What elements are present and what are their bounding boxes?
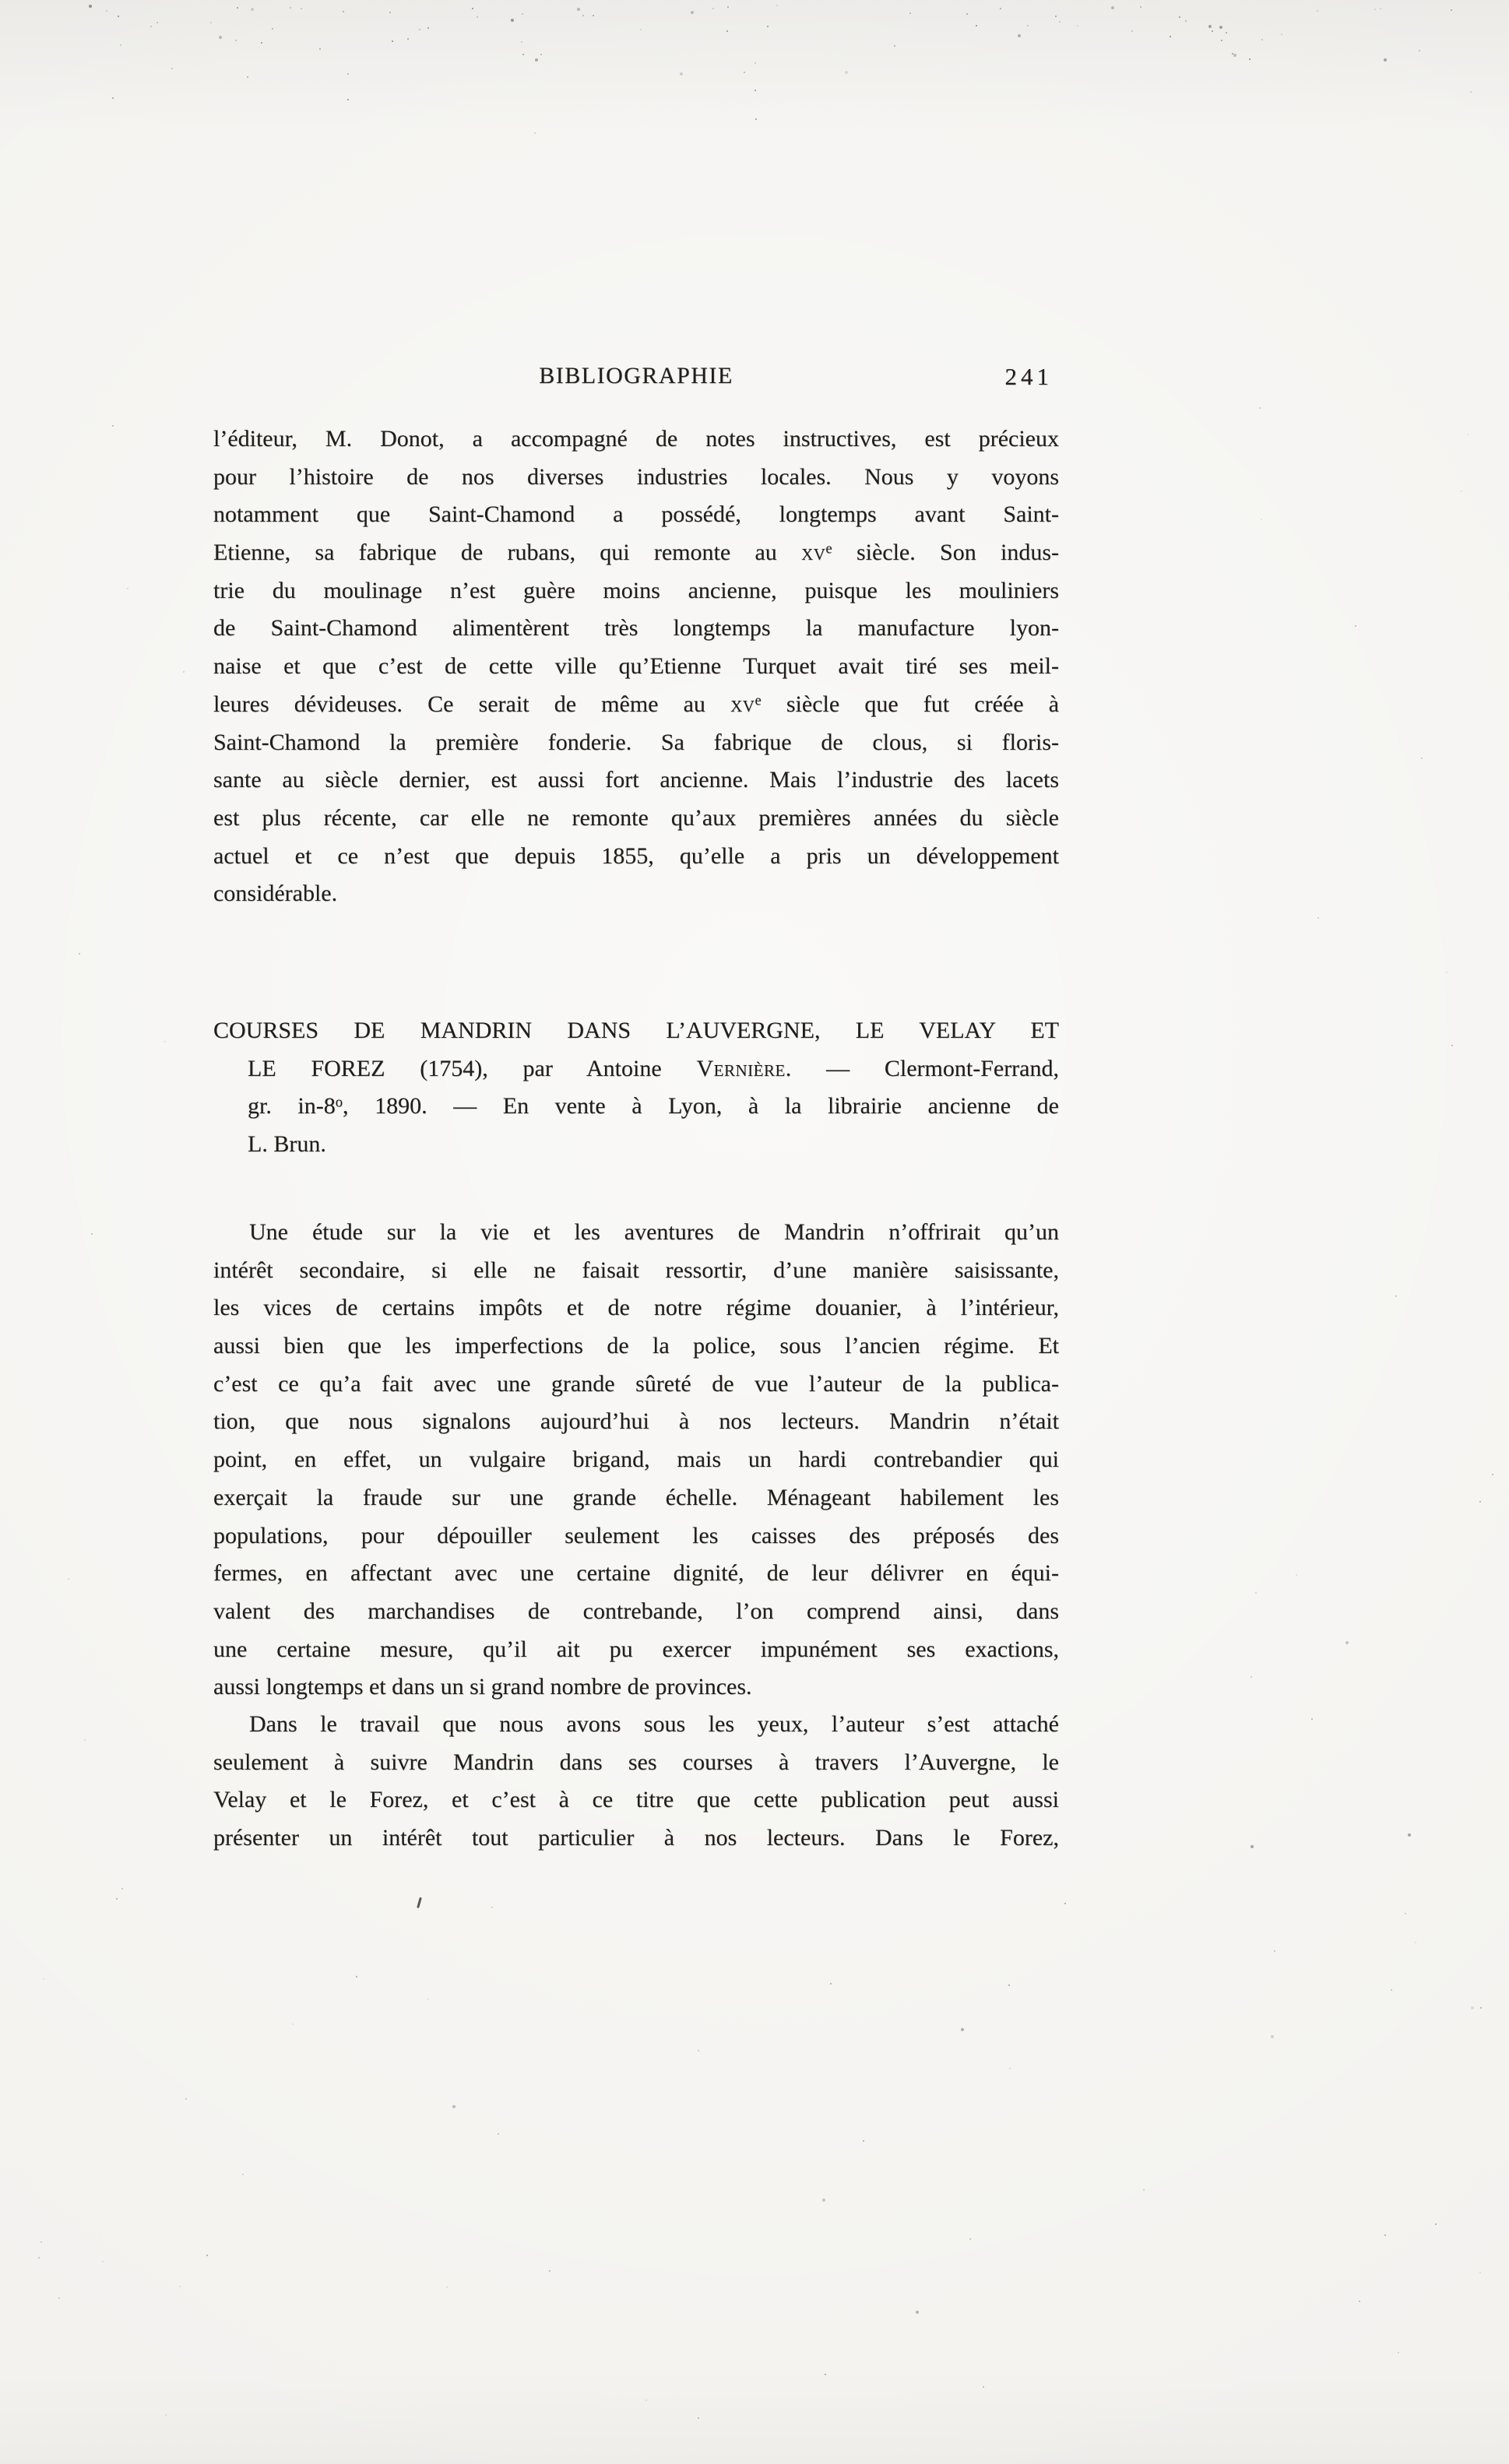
text-line: aussi bien que les imperfections de la p… xyxy=(213,1327,1059,1366)
scan-noise-specks xyxy=(0,0,2,2)
text-line: Velay et le Forez, et c’est à ce titre q… xyxy=(213,1781,1059,1819)
entry-title: COURSES DE MANDRIN DANS L’AUVERGNE, LE V… xyxy=(213,1012,1059,1164)
text-line: considérable. xyxy=(213,875,1059,913)
text-line: Etienne, sa fabrique de rubans, qui remo… xyxy=(213,534,1059,572)
text-line: présenter un intérêt tout particulier à … xyxy=(213,1819,1059,1858)
text-line: naise et que c’est de cette ville qu’Eti… xyxy=(213,648,1059,686)
page-header: BIBLIOGRAPHIE 241 xyxy=(213,363,1059,397)
scanned-page: BIBLIOGRAPHIE 241 l’éditeur, M. Donot, a… xyxy=(0,0,1509,2464)
text-line: valent des marchandises de contrebande, … xyxy=(213,1593,1059,1631)
page-number: 241 xyxy=(1005,363,1053,391)
text-line: gr. in-8o, 1890. — En vente à Lyon, à la… xyxy=(213,1088,1059,1126)
text-line: Dans le travail que nous avons sous les … xyxy=(213,1706,1059,1744)
text-line: fermes, en affectant avec une certaine d… xyxy=(213,1555,1059,1593)
text-line: L. Brun. xyxy=(213,1126,1059,1164)
running-title: BIBLIOGRAPHIE xyxy=(213,363,1059,389)
text-line: LE FOREZ (1754), par Antoine Vernière. —… xyxy=(213,1050,1059,1088)
paragraph: Dans le travail que nous avons sous les … xyxy=(213,1706,1059,1858)
text-line: point, en effet, un vulgaire brigand, ma… xyxy=(213,1441,1059,1479)
text-line: est plus récente, car elle ne remonte qu… xyxy=(213,800,1059,838)
text-line: trie du moulinage n’est guère moins anci… xyxy=(213,572,1059,610)
paragraph: Une étude sur la vie et les aventures de… xyxy=(213,1214,1059,1707)
text-line: pour l’histoire de nos diverses industri… xyxy=(213,459,1059,497)
text-line: Une étude sur la vie et les aventures de… xyxy=(213,1214,1059,1252)
text-line: intérêt secondaire, si elle ne faisait r… xyxy=(213,1252,1059,1290)
text-line: les vices de certains impôts et de notre… xyxy=(213,1289,1059,1327)
text-line: leures dévideuses. Ce serait de même au … xyxy=(213,686,1059,724)
text-line: tion, que nous signalons aujourd’hui à n… xyxy=(213,1403,1059,1441)
text-line: notamment que Saint-Chamond a possédé, l… xyxy=(213,496,1059,534)
text-line: Saint-Chamond la première fonderie. Sa f… xyxy=(213,724,1059,762)
text-line: sante au siècle dernier, est aussi fort … xyxy=(213,761,1059,800)
text-line: aussi longtemps et dans un si grand nomb… xyxy=(213,1668,1059,1707)
text-line: une certaine mesure, qu’il ait pu exerce… xyxy=(213,1631,1059,1669)
text-line: exerçait la fraude sur une grande échell… xyxy=(213,1479,1059,1517)
text-line: seulement à suivre Mandrin dans ses cour… xyxy=(213,1744,1059,1782)
text-line: populations, pour dépouiller seulement l… xyxy=(213,1517,1059,1555)
text-line: c’est ce qu’a fait avec une grande sûret… xyxy=(213,1366,1059,1404)
text-line: actuel et ce n’est que depuis 1855, qu’e… xyxy=(213,838,1059,876)
text-line: de Saint-Chamond alimentèrent très longt… xyxy=(213,610,1059,648)
text-line: COURSES DE MANDRIN DANS L’AUVERGNE, LE V… xyxy=(213,1012,1059,1050)
stray-ink-mark xyxy=(417,1897,422,1908)
text-line: l’éditeur, M. Donot, a accompagné de not… xyxy=(213,420,1059,459)
paragraph-continuation: l’éditeur, M. Donot, a accompagné de not… xyxy=(213,420,1059,913)
